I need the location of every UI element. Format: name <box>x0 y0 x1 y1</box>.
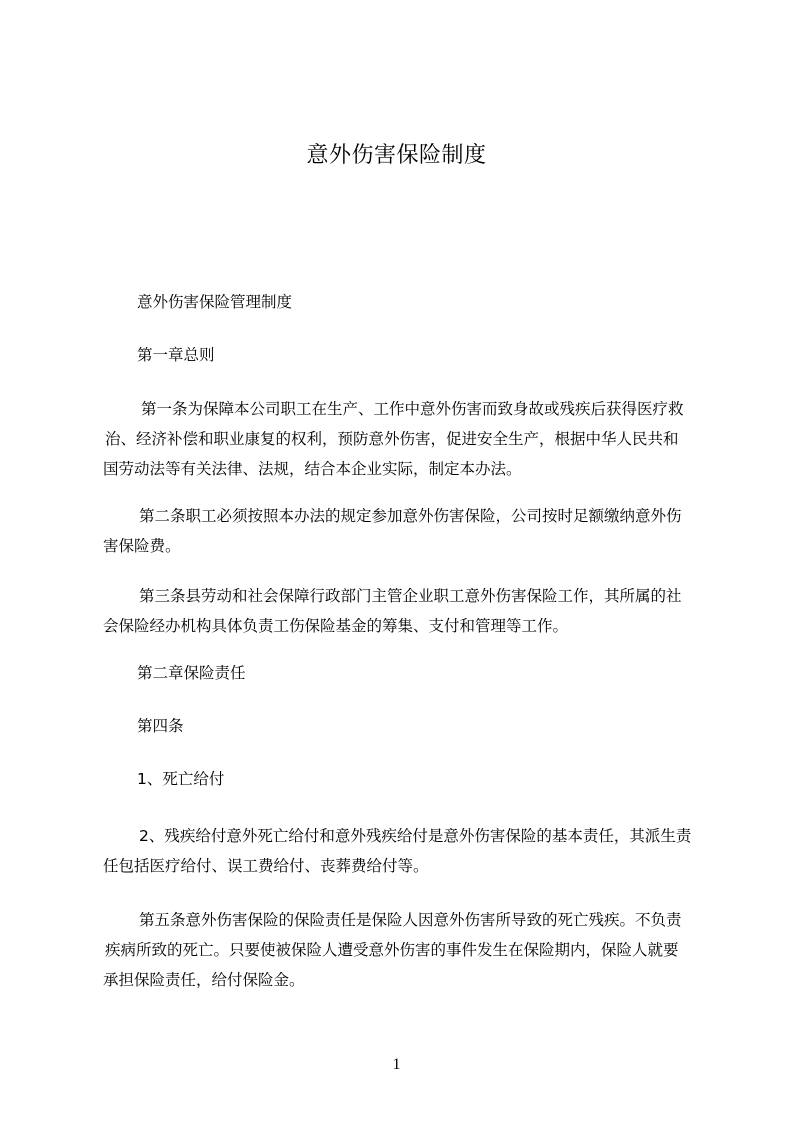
paragraph-line: 承担保险责任，给付保险金。 <box>103 965 713 995</box>
article-5-paragraph: 第五条意外伤害保险的保险责任是保险人因意外伤害所导致的死亡残疾。不负责 疾病所致… <box>103 905 713 995</box>
article-2-paragraph: 第二条职工必须按照本办法的规定参加意外伤害保险，公司按时足额缴纳意外伤 害保险费… <box>103 501 713 561</box>
paragraph-line: 第一条为保障本公司职工在生产、工作中意外伤害而致身故或残疾后获得医疗救 <box>103 394 713 424</box>
article-4-item-2: 2、残疾给付意外死亡给付和意外残疾给付是意外伤害保险的基本责任，其派生责 任包括… <box>103 821 713 881</box>
paragraph-line: 任包括医疗给付、误工费给付、丧葬费给付等。 <box>103 851 713 881</box>
document-page: 意外伤害保险制度 意外伤害保险管理制度 第一章总则 第一条为保障本公司职工在生产… <box>0 0 793 1122</box>
document-title: 意外伤害保险制度 <box>0 141 793 171</box>
paragraph-line: 第三条县劳动和社会保障行政部门主管企业职工意外伤害保险工作，其所属的社 <box>103 581 713 611</box>
article-1-paragraph: 第一条为保障本公司职工在生产、工作中意外伤害而致身故或残疾后获得医疗救 治、经济… <box>103 394 713 484</box>
article-3-paragraph: 第三条县劳动和社会保障行政部门主管企业职工意外伤害保险工作，其所属的社 会保险经… <box>103 581 713 641</box>
paragraph-line: 治、经济补偿和职业康复的权利，预防意外伤害，促进安全生产，根据中华人民共和 <box>103 424 713 454</box>
article-4-heading: 第四条 <box>137 716 184 736</box>
chapter-heading-1: 第一章总则 <box>137 345 215 365</box>
subtitle: 意外伤害保险管理制度 <box>137 292 292 312</box>
page-number: 1 <box>0 1055 793 1075</box>
chapter-heading-2: 第二章保险责任 <box>137 663 246 683</box>
paragraph-line: 2、残疾给付意外死亡给付和意外残疾给付是意外伤害保险的基本责任，其派生责 <box>103 821 713 851</box>
paragraph-line: 国劳动法等有关法律、法规，结合本企业实际，制定本办法。 <box>103 454 713 484</box>
article-4-item-1: 1、死亡给付 <box>137 769 224 789</box>
paragraph-line: 第五条意外伤害保险的保险责任是保险人因意外伤害所导致的死亡残疾。不负责 <box>103 905 713 935</box>
paragraph-line: 疾病所致的死亡。只要使被保险人遭受意外伤害的事件发生在保险期内，保险人就要 <box>103 935 713 965</box>
paragraph-line: 第二条职工必须按照本办法的规定参加意外伤害保险，公司按时足额缴纳意外伤 <box>103 501 713 531</box>
paragraph-line: 害保险费。 <box>103 531 713 561</box>
paragraph-line: 会保险经办机构具体负责工伤保险基金的筹集、支付和管理等工作。 <box>103 611 713 641</box>
